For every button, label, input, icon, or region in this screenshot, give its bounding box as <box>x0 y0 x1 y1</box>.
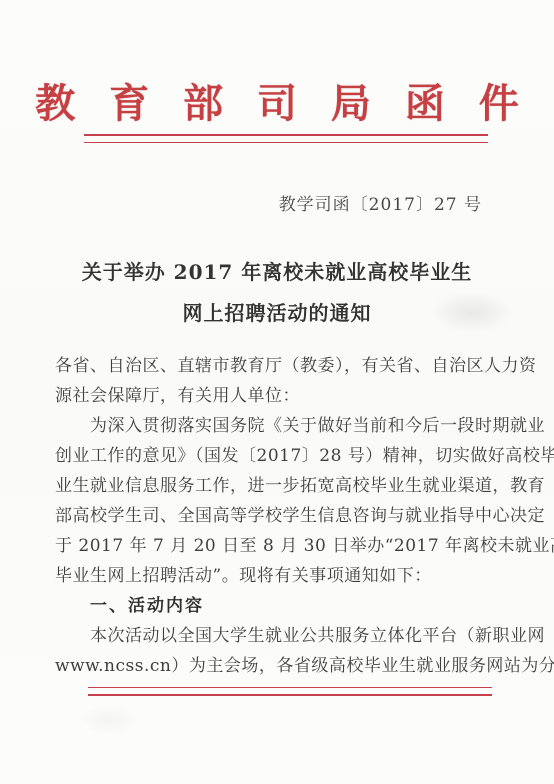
section-heading: 一、活动内容 <box>55 591 505 621</box>
paragraph-line: 部高校学生司、全国高等学校学生信息咨询与就业指导中心决定 <box>55 501 505 531</box>
letter-body: 各省、自治区、直辖市教育厅（教委），有关省、自治区人力资 源社会保障厅，有关用人… <box>55 351 505 681</box>
document-number: 教学司函〔2017〕27 号 <box>279 190 482 215</box>
document-page: 教 育 部 司 局 函 件 教学司函〔2017〕27 号 关于举办 2017 年… <box>0 0 554 784</box>
recipients-line-1: 各省、自治区、直辖市教育厅（教委），有关省、自治区人力资 <box>55 351 505 381</box>
notice-title-line-1: 关于举办 2017 年离校未就业高校毕业生 <box>82 260 473 284</box>
paragraph-line: www.ncss.cn）为主会场，各省级高校毕业生就业服务网站为分 <box>55 651 505 681</box>
paragraph-line: 于 2017 年 7 月 20 日至 8 月 30 日举办“2017 年离校未就… <box>55 531 505 561</box>
paragraph-line: 创业工作的意见》（国发〔2017〕28 号）精神，切实做好高校毕 <box>55 441 505 471</box>
notice-title-line-2: 网上招聘活动的通知 <box>0 297 554 326</box>
notice-title: 关于举办 2017 年离校未就业高校毕业生 网上招聘活动的通知 <box>0 256 554 326</box>
footer-divider <box>88 687 492 696</box>
paragraph-line: 本次活动以全国大学生就业公共服务立体化平台（新职业网 <box>55 621 505 651</box>
letterhead-divider <box>84 134 488 143</box>
recipients-line-2: 源社会保障厅，有关用人单位： <box>55 381 505 411</box>
paragraph-line: 为深入贯彻落实国务院《关于做好当前和今后一段时期就业 <box>55 411 505 441</box>
letterhead-title: 教 育 部 司 局 函 件 <box>0 72 554 129</box>
paragraph-line: 毕业生网上招聘活动”。现将有关事项通知如下： <box>55 561 505 591</box>
paragraph-line: 业生就业信息服务工作，进一步拓宽高校毕业生就业渠道，教育 <box>55 471 505 501</box>
